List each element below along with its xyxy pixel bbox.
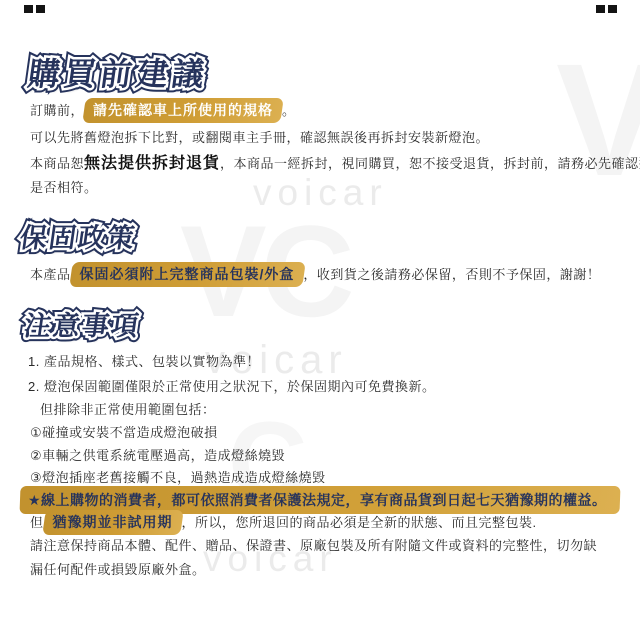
text-run: 本產品 [30,267,71,282]
text-run: ，收到貨之後請務必保留，否則不予保固，謝謝！ [303,267,600,282]
paragraph-compare-bulb: 可以先將舊燈泡拆下比對，或翻閱車主手冊，確認無誤後再拆封安裝新燈泡。 [30,128,489,148]
text-run: 。 [282,103,296,118]
heading-text: 保固政策 [18,222,139,254]
highlight-not-trial-period: 猶豫期並非試用期 [44,510,182,535]
section-heading-pre-purchase: 購買前建議 購買前建議 購買前建議 [25,55,210,93]
heading-text: 注意事項 [22,310,143,342]
heading-text: 購買前建議 [25,55,210,93]
top-right-mark [596,5,617,13]
text-run: ，所以，您所退回的商品必須是全新的狀態、而且完整包裝. [182,515,537,530]
paragraph-warranty-packaging: 本產品保固必須附上完整商品包裝/外盒，收到貨之後請務必保留，否則不予保固，謝謝！ [30,262,600,287]
text-run: 本商品恕 [30,156,84,171]
exclusion-cause-2: ②車輛之供電系統電壓過高，造成燈絲燒毀 [30,446,285,466]
highlight-keep-packaging: 保固必須附上完整商品包裝/外盒 [71,262,304,287]
exclusion-cause-1: ①碰撞或安裝不當造成燈泡破損 [30,423,218,443]
paragraph-cooling-off: 但猶豫期並非試用期，所以，您所退回的商品必須是全新的狀態、而且完整包裝. [30,510,537,535]
paragraph-no-return-line1: 本商品恕無法提供拆封退貨，本商品一經拆封，視同購買，恕不接受退貨，拆封前，請務必… [30,152,640,176]
section-heading-notes: 注意事項 注意事項 注意事項 [22,310,143,342]
text-run: ，本商品一經拆封，視同購買，恕不接受退貨，拆封前，請務必先確認型號 [220,156,640,171]
highlight-confirm-spec: 請先確認車上所使用的規格 [84,98,282,123]
paragraph-order-check: 訂購前，請先確認車上所使用的規格。 [30,98,296,123]
paragraph-no-return-line2: 是否相符。 [30,178,98,198]
note-item-2: 2. 燈泡保固範圍僅限於正常使用之狀況下，於保固期內可免費換新。 [28,377,435,397]
text-run: 訂購前， [30,103,84,118]
voicar-wordmark-watermark: voicar [253,172,388,214]
top-left-mark [24,5,45,13]
section-heading-warranty: 保固政策 保固政策 保固政策 [18,222,139,254]
paragraph-keep-complete-line2: 漏任何配件或損毀原廠外盒。 [30,560,206,580]
product-notice-page: V VC voicar voicar C voicar 購買前建議 購買前建議 … [0,0,640,640]
note-item-1: 1. 產品規格、樣式、包裝以實物為準！ [28,352,260,372]
note-item-2-sub: 但排除非正常使用範圍包括： [40,400,216,420]
paragraph-keep-complete-line1: 請注意保持商品本體、配件、贈品、保證書、原廠包裝及所有附隨文件或資料的完整性，切… [30,536,597,556]
no-return-bold-text: 無法提供拆封退貨 [84,155,220,172]
text-run: 但 [30,515,44,530]
exclusion-cause-3: ③燈泡插座老舊接觸不良，過熱造成造成燈絲燒毀 [30,468,326,488]
voicar-monogram-watermark: V [556,28,640,212]
